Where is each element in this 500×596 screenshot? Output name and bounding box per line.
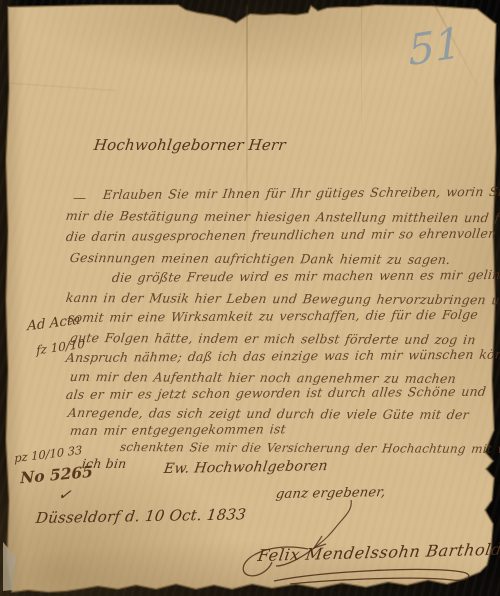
valediction: ganz ergebener, [275,485,387,502]
body-line: Anregende, das sich zeigt und durch die … [67,405,470,422]
salutation: Hochwohlgeborner Herr [93,136,287,154]
checkmark-icon: ✓ [57,484,72,504]
body-line: die größte Freude wird es mir machen wen… [111,267,500,285]
place-date: Düsseldorf d. 10 Oct. 1833 [35,505,247,527]
letter-scan: 51 Hochwohlgeborner Herr — Erlauben Sie … [0,0,500,596]
body-line: mir die Bestätigung meiner hiesigen Anst… [65,208,500,225]
body-line: schenkten Sie mir die Versicherung der H… [119,440,500,456]
paragraph-dash-mark: — [72,191,87,206]
blue-page-number: 51 [407,18,462,76]
closing-address: Ew. Hochwohlgeboren [163,458,329,477]
body-line: man mir entgegengekommen ist [69,421,287,438]
body-line: gute Folgen hätte, indem er mich selbst … [69,330,477,347]
body-line: Gesinnungen meinen aufrichtigen Dank hie… [69,250,451,267]
body-line: Erlauben Sie mir Ihnen für Ihr gütiges S… [102,184,500,202]
body-line: kann in der Musik hier Leben und Bewegun… [65,290,500,307]
